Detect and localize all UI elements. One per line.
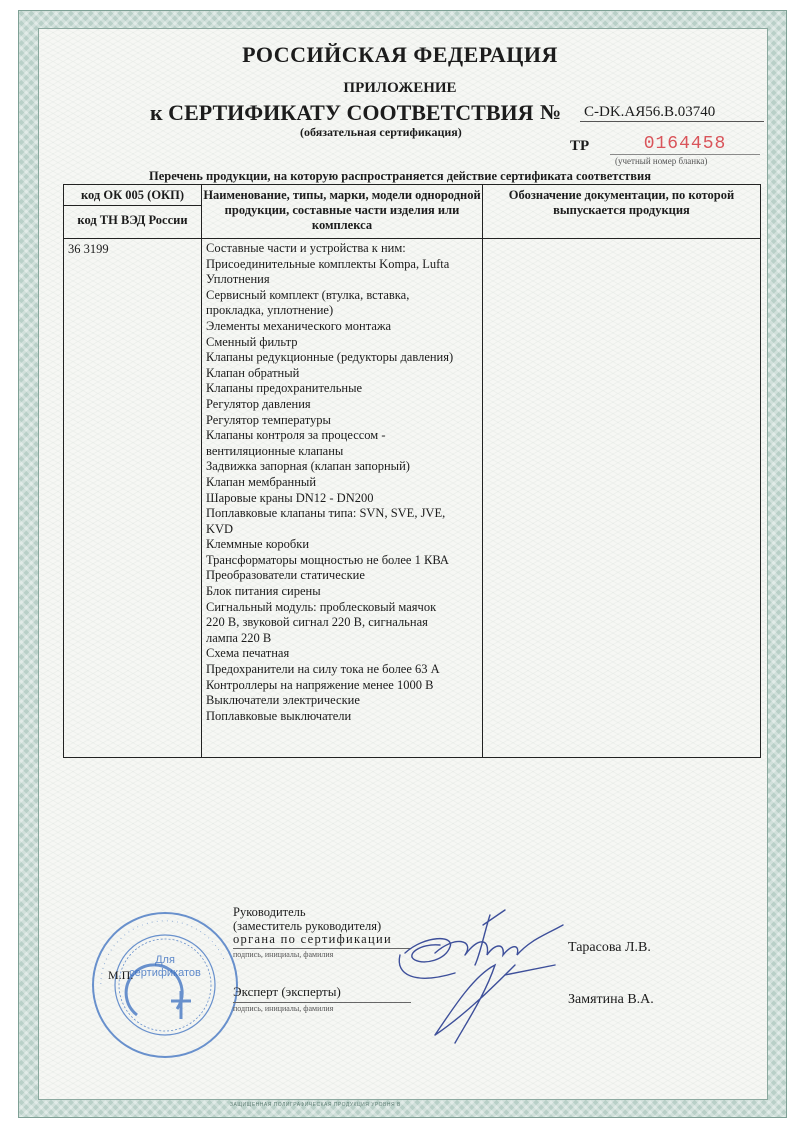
product-item: лампа 220 В xyxy=(206,631,478,647)
product-item: Клапан обратный xyxy=(206,366,478,382)
product-item: Сервисный комплект (втулка, вставка, xyxy=(206,288,478,304)
product-item: Схема печатная xyxy=(206,646,478,662)
product-item: Клапаны редукционные (редукторы давления… xyxy=(206,350,478,366)
seal-stamp-icon: Для сертификатов · · · · · · · · · · · ·… xyxy=(85,905,245,1065)
expert-label: Эксперт (эксперты) xyxy=(233,986,341,998)
product-list-title: Перечень продукции, на которую распростр… xyxy=(0,169,800,184)
product-item: Составные части и устройства к ним: xyxy=(206,241,478,257)
product-doc xyxy=(483,239,761,758)
certificate-title: к СЕРТИФИКАТУ СООТВЕТСТВИЯ xyxy=(150,100,534,126)
handwritten-signature-icon xyxy=(395,905,575,1045)
product-item: вентиляционные клапаны xyxy=(206,444,478,460)
certification-type: (обязательная сертификация) xyxy=(300,125,462,140)
product-item: Элементы механического монтажа xyxy=(206,319,478,335)
column-header-okp: код ОК 005 (ОКП) xyxy=(64,185,202,206)
head-label-1: Руководитель xyxy=(233,906,306,918)
product-item: Шаровые краны DN12 - DN200 xyxy=(206,491,478,507)
footer-microtext: ЗАЩИЩЕННАЯ ПОЛИГРАФИЧЕСКАЯ ПРОДУКЦИЯ УРО… xyxy=(230,1101,575,1109)
product-item: Трансформаторы мощностью не более 1 КВА xyxy=(206,553,478,569)
tp-label: ТР xyxy=(570,138,589,155)
blank-number: 0164458 xyxy=(610,134,760,155)
stamp-text-2: сертификатов xyxy=(129,967,201,979)
seal-mark: М.П. xyxy=(108,968,133,983)
column-header-name: Наименование, типы, марки, модели одноро… xyxy=(202,185,483,239)
product-table: код ОК 005 (ОКП) Наименование, типы, мар… xyxy=(63,184,761,758)
number-sign: № xyxy=(540,100,561,125)
appendix-title: ПРИЛОЖЕНИЕ xyxy=(0,80,800,97)
product-item: прокладка, уплотнение) xyxy=(206,303,478,319)
column-header-doc: Обозначение документации, по которой вып… xyxy=(483,185,761,239)
product-item: Сменный фильтр xyxy=(206,335,478,351)
product-item: Задвижка запорная (клапан запорный) xyxy=(206,459,478,475)
product-item: Поплавковые выключатели xyxy=(206,709,478,725)
product-item: KVD xyxy=(206,522,478,538)
product-items: Составные части и устройства к ним:Присо… xyxy=(202,239,483,758)
product-item: Поплавковые клапаны типа: SVN, SVE, JVE, xyxy=(206,506,478,522)
product-item: Клеммные коробки xyxy=(206,537,478,553)
product-code: 36 3199 xyxy=(64,239,202,758)
head-signature-line xyxy=(233,948,411,949)
product-item: Присоединительные комплекты Kompa, Lufta xyxy=(206,257,478,273)
product-item: Выключатели электрические xyxy=(206,693,478,709)
product-item: Сигнальный модуль: проблесковый маячок xyxy=(206,600,478,616)
country-title: РОССИЙСКАЯ ФЕДЕРАЦИЯ xyxy=(0,42,800,68)
stamp-text-1: Для xyxy=(155,954,175,966)
product-item: Блок питания сирены xyxy=(206,584,478,600)
expert-signature-line xyxy=(233,1002,411,1003)
product-item: Клапаны контроля за процессом - xyxy=(206,428,478,444)
column-header-tnved: код ТН ВЭД России xyxy=(64,206,202,239)
product-item: Клапаны предохранительные xyxy=(206,381,478,397)
product-item: Предохранители на силу тока не более 63 … xyxy=(206,662,478,678)
head-label-3: органа по сертификации xyxy=(233,933,392,945)
product-item: Преобразователи статические xyxy=(206,568,478,584)
product-item: Регулятор давления xyxy=(206,397,478,413)
product-item: 220 В, звуковой сигнал 220 В, сигнальная xyxy=(206,615,478,631)
table-row: 36 3199 Составные части и устройства к н… xyxy=(64,239,761,758)
certificate-number: C-DK.АЯ56.B.03740 xyxy=(580,104,764,122)
blank-number-caption: (учетный номер бланка) xyxy=(615,156,707,166)
expert-caption: подпись, инициалы, фамилия xyxy=(233,1004,333,1013)
head-caption: подпись, инициалы, фамилия xyxy=(233,950,333,959)
head-name: Тарасова Л.В. xyxy=(568,940,651,956)
head-label-2: (заместитель руководителя) xyxy=(233,920,381,932)
product-item: Уплотнения xyxy=(206,272,478,288)
expert-name: Замятина В.А. xyxy=(568,992,654,1008)
product-item: Контроллеры на напряжение менее 1000 В xyxy=(206,678,478,694)
product-item: Клапан мембранный xyxy=(206,475,478,491)
product-item: Регулятор температуры xyxy=(206,413,478,429)
